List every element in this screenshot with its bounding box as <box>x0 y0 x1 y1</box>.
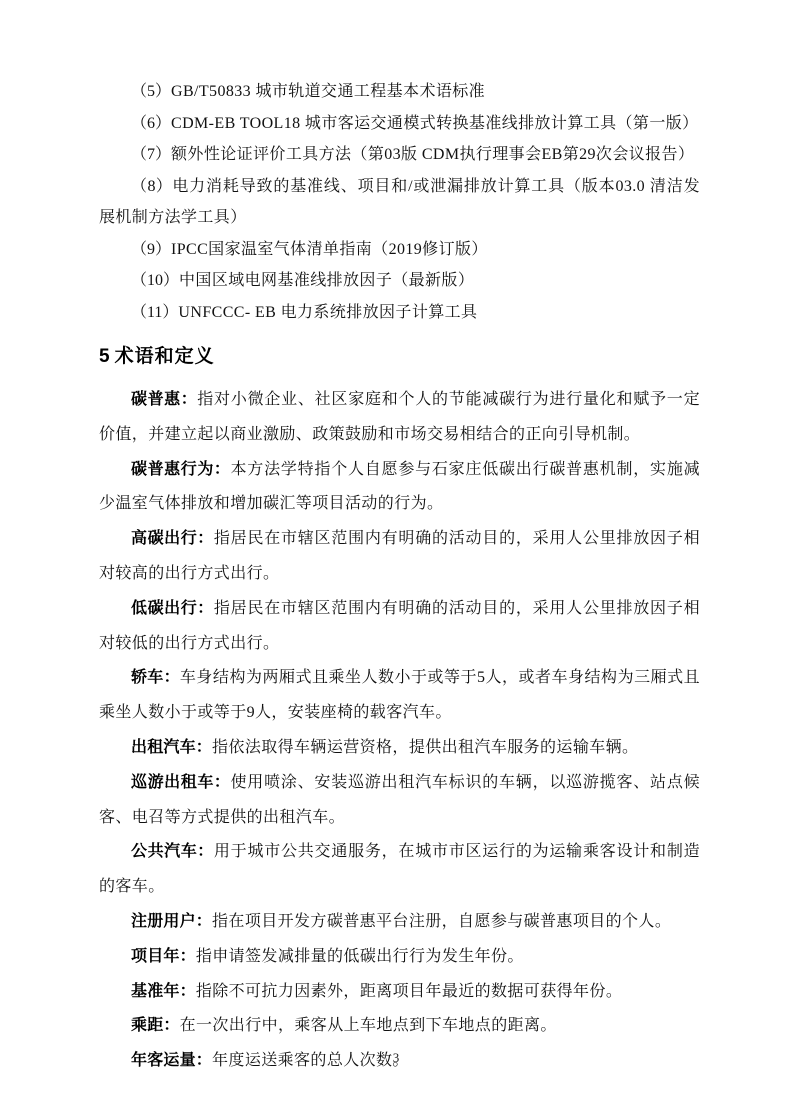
page-content: （5）GB/T50833 城市轨道交通工程基本术语标准 （6）CDM-EB TO… <box>99 76 700 1079</box>
reference-item: （9）IPCC国家温室气体清单指南（2019修订版） <box>99 234 700 266</box>
reference-label: （9） <box>131 241 171 258</box>
definition-item: 巡游出租车：使用喷涂、安装巡游出租汽车标识的车辆，以巡游揽客、站点候客、电召等方… <box>99 766 700 836</box>
section-number: 5 <box>99 346 111 367</box>
definitions-list: 碳普惠：指对小微企业、社区家庭和个人的节能减碳行为进行量化和赋予一定价值，并建立… <box>99 383 700 1079</box>
definition-body: 指除不可抗力因素外，距离项目年最近的数据可获得年份。 <box>196 983 622 1000</box>
definition-item: 出租汽车：指依法取得车辆运营资格，提供出租汽车服务的运输车辆。 <box>99 731 700 766</box>
definition-body: 车身结构为两厢式且乘坐人数小于或等于5人，或者车身结构为三厢式且乘坐人数小于或等… <box>99 669 700 721</box>
definition-term: 巡游出租车： <box>131 774 231 791</box>
reference-text: CDM-EB TOOL18 城市客运交通模式转换基准线排放计算工具（第一版） <box>171 115 699 132</box>
reference-text: GB/T50833 城市轨道交通工程基本术语标准 <box>171 83 485 100</box>
reference-label: （10） <box>131 272 179 289</box>
definition-item: 碳普惠行为：本方法学特指个人自愿参与石家庄低碳出行碳普惠机制，实施减少温室气体排… <box>99 453 700 523</box>
reference-text: IPCC国家温室气体清单指南（2019修订版） <box>171 241 488 258</box>
document-page: （5）GB/T50833 城市轨道交通工程基本术语标准 （6）CDM-EB TO… <box>0 0 792 1118</box>
definition-term: 轿车： <box>131 669 180 686</box>
reference-text: 额外性论证评价工具方法（第03版 CDM执行理事会EB第29次会议报告） <box>171 146 694 163</box>
reference-label: （7） <box>131 146 171 163</box>
definition-term: 碳普惠行为： <box>131 461 231 478</box>
reference-label: （11） <box>131 304 178 321</box>
definition-item: 碳普惠：指对小微企业、社区家庭和个人的节能减碳行为进行量化和赋予一定价值，并建立… <box>99 383 700 453</box>
reference-item: （8）电力消耗导致的基准线、项目和/或泄漏排放计算工具（版本03.0 清洁发展机… <box>99 171 700 234</box>
definition-item: 基准年：指除不可抗力因素外，距离项目年最近的数据可获得年份。 <box>99 975 700 1010</box>
section-heading: 5术语和定义 <box>99 343 700 371</box>
definition-term: 出租汽车： <box>131 739 212 756</box>
reference-item: （5）GB/T50833 城市轨道交通工程基本术语标准 <box>99 76 700 108</box>
definition-term: 基准年： <box>131 983 196 1000</box>
definition-term: 乘距： <box>131 1017 180 1034</box>
reference-item: （11）UNFCCC- EB 电力系统排放因子计算工具 <box>99 297 700 329</box>
reference-text: 中国区域电网基准线排放因子（最新版） <box>179 272 474 289</box>
reference-item: （10）中国区域电网基准线排放因子（最新版） <box>99 265 700 297</box>
definition-item: 高碳出行：指居民在市辖区范围内有明确的活动目的，采用人公里排放因子相对较高的出行… <box>99 522 700 592</box>
definition-term: 项目年： <box>131 948 196 965</box>
reference-label: （6） <box>131 115 171 132</box>
definition-body: 在一次出行中，乘客从上车地点到下车地点的距离。 <box>180 1017 557 1034</box>
definition-body: 指申请签发减排量的低碳出行行为发生年份。 <box>196 948 524 965</box>
section-title: 术语和定义 <box>115 346 215 367</box>
reference-text: UNFCCC- EB 电力系统排放因子计算工具 <box>178 304 477 321</box>
definition-term: 注册用户： <box>131 913 212 930</box>
page-number: 3 <box>0 1050 792 1066</box>
definition-item: 公共汽车：用于城市公共交通服务，在城市市区运行的为运输乘客设计和制造的客车。 <box>99 835 700 905</box>
reference-item: （7）额外性论证评价工具方法（第03版 CDM执行理事会EB第29次会议报告） <box>99 139 700 171</box>
definition-term: 公共汽车： <box>131 843 214 860</box>
definition-item: 项目年：指申请签发减排量的低碳出行行为发生年份。 <box>99 940 700 975</box>
reference-item: （6）CDM-EB TOOL18 城市客运交通模式转换基准线排放计算工具（第一版… <box>99 108 700 140</box>
reference-label: （5） <box>131 83 171 100</box>
definition-term: 碳普惠： <box>131 391 197 408</box>
definition-item: 乘距：在一次出行中，乘客从上车地点到下车地点的距离。 <box>99 1009 700 1044</box>
definition-item: 注册用户：指在项目开发方碳普惠平台注册，自愿参与碳普惠项目的个人。 <box>99 905 700 940</box>
definition-body: 指在项目开发方碳普惠平台注册，自愿参与碳普惠项目的个人。 <box>212 913 671 930</box>
definition-item: 低碳出行：指居民在市辖区范围内有明确的活动目的，采用人公里排放因子相对较低的出行… <box>99 592 700 662</box>
reference-text: 电力消耗导致的基准线、项目和/或泄漏排放计算工具（版本03.0 清洁发展机制方法… <box>99 178 700 227</box>
reference-label: （8） <box>131 178 172 195</box>
definition-item: 轿车：车身结构为两厢式且乘坐人数小于或等于5人，或者车身结构为三厢式且乘坐人数小… <box>99 661 700 731</box>
reference-list: （5）GB/T50833 城市轨道交通工程基本术语标准 （6）CDM-EB TO… <box>99 76 700 328</box>
definition-body: 指依法取得车辆运营资格，提供出租汽车服务的运输车辆。 <box>212 739 638 756</box>
definition-term: 高碳出行： <box>131 530 214 547</box>
definition-term: 低碳出行： <box>131 600 214 617</box>
